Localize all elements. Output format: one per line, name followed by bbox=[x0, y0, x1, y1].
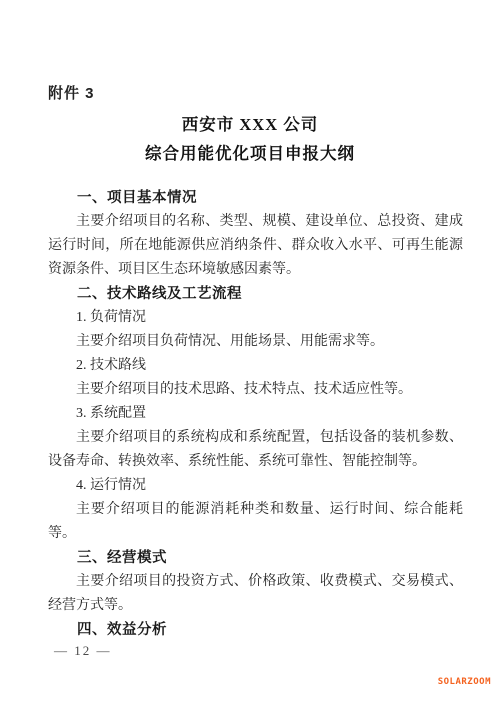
numbered-sub-item: 4. 运行情况 bbox=[48, 474, 463, 498]
page-number: — 12 — bbox=[54, 643, 112, 659]
numbered-sub-item: 3. 系统配置 bbox=[48, 402, 463, 426]
document-title: 西安市 XXX 公司 综合用能优化项目申报大纲 bbox=[0, 110, 500, 168]
paragraph: 主要介绍项目负荷情况、用能场景、用能需求等。 bbox=[48, 330, 463, 354]
attachment-label: 附件 3 bbox=[48, 82, 95, 103]
paragraph: 主要介绍项目的名称、类型、规模、建设单位、总投资、建成运行时间，所在地能源供应消… bbox=[48, 210, 463, 282]
paragraph: 主要介绍项目的技术思路、技术特点、技术适应性等。 bbox=[48, 378, 463, 402]
watermark: SOLARZOOM bbox=[438, 677, 491, 687]
section-heading: 二、技术路线及工艺流程 bbox=[48, 282, 463, 306]
numbered-sub-item: 1. 负荷情况 bbox=[48, 306, 463, 330]
document-body: 一、项目基本情况主要介绍项目的名称、类型、规模、建设单位、总投资、建成运行时间，… bbox=[48, 186, 463, 642]
document-page: 附件 3 西安市 XXX 公司 综合用能优化项目申报大纲 一、项目基本情况主要介… bbox=[0, 0, 500, 707]
paragraph: 主要介绍项目的能源消耗种类和数量、运行时间、综合能耗等。 bbox=[48, 498, 463, 546]
section-heading: 三、经营模式 bbox=[48, 546, 463, 570]
title-line-company: 西安市 XXX 公司 bbox=[0, 110, 500, 139]
numbered-sub-item: 2. 技术路线 bbox=[48, 354, 463, 378]
title-line-outline: 综合用能优化项目申报大纲 bbox=[0, 139, 500, 168]
paragraph: 主要介绍项目的投资方式、价格政策、收费模式、交易模式、经营方式等。 bbox=[48, 570, 463, 618]
section-heading: 四、效益分析 bbox=[48, 618, 463, 642]
paragraph: 主要介绍项目的系统构成和系统配置，包括设备的装机参数、设备寿命、转换效率、系统性… bbox=[48, 426, 463, 474]
section-heading: 一、项目基本情况 bbox=[48, 186, 463, 210]
